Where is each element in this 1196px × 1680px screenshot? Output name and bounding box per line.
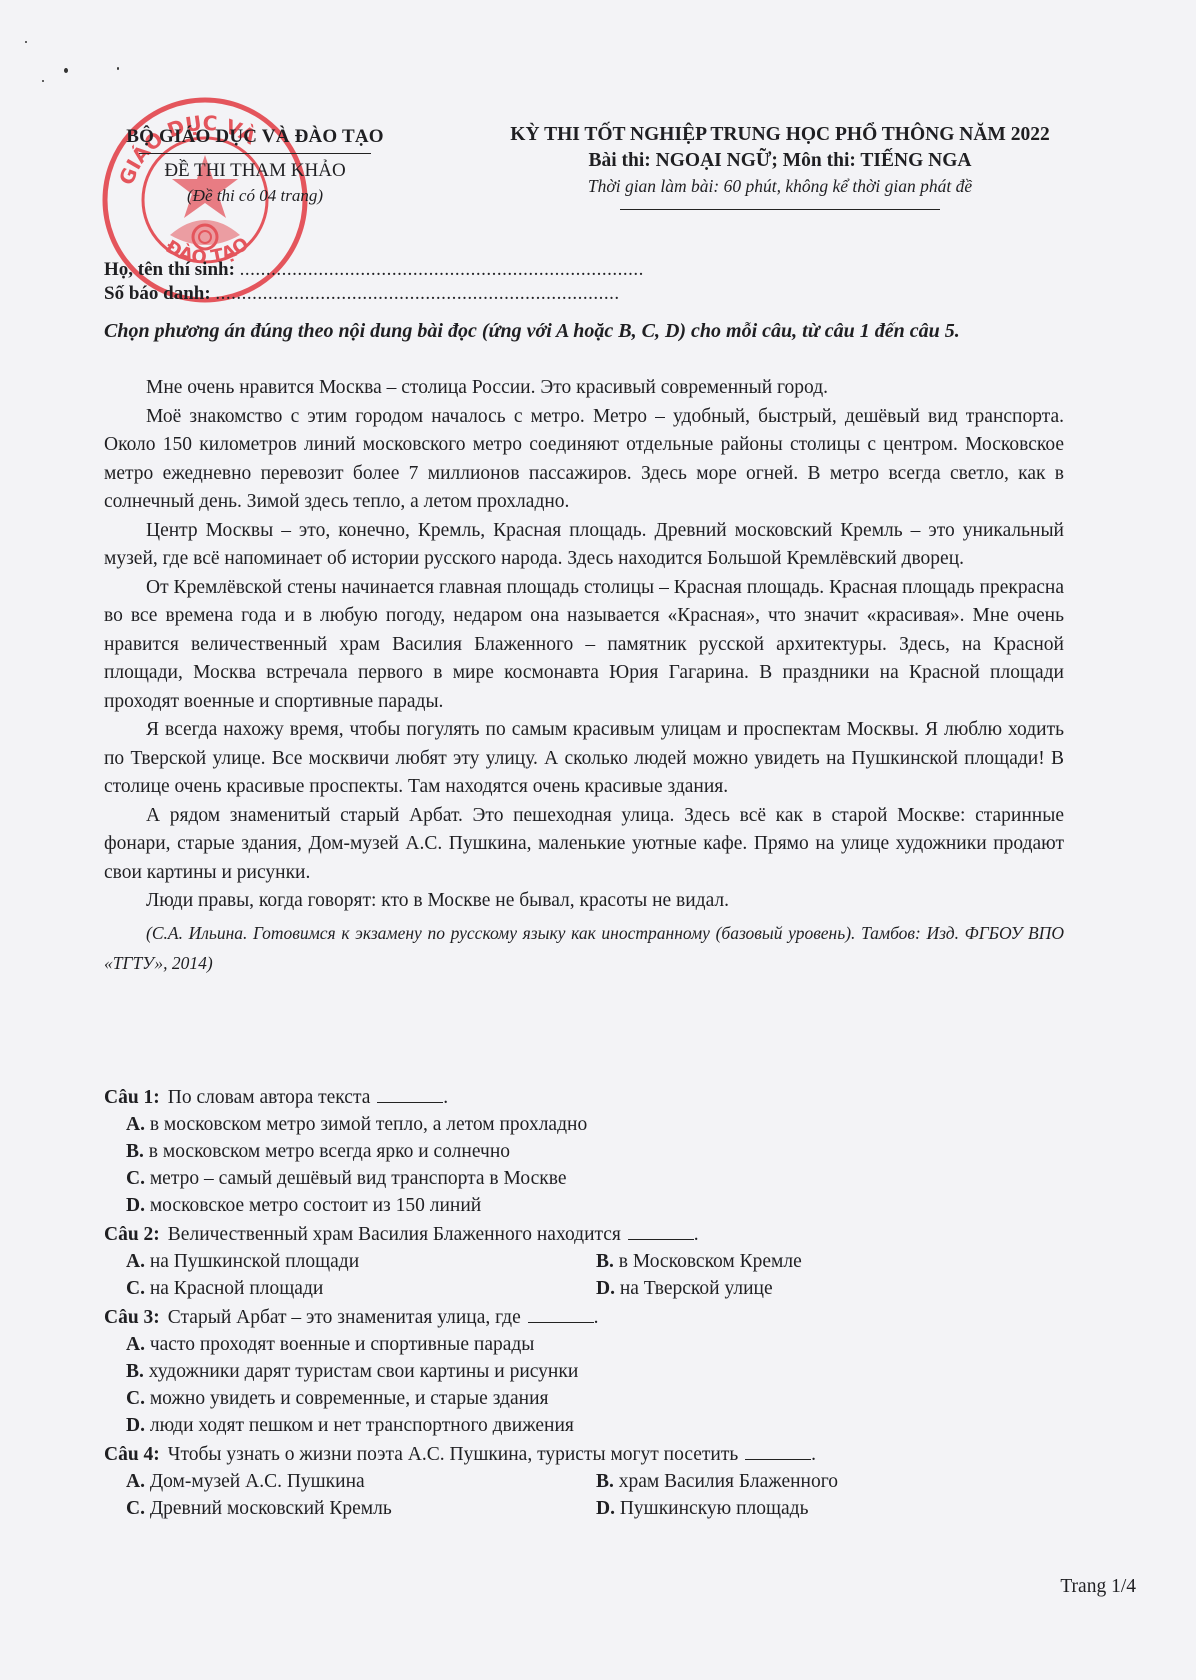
option-letter: C. <box>126 1388 145 1409</box>
option-letter: B. <box>596 1471 614 1492</box>
question-label: Câu 1: <box>104 1087 160 1108</box>
candidate-id-dots: ........................................… <box>215 283 619 304</box>
exam-title: KỲ THI TỐT NGHIỆP TRUNG HỌC PHỔ THÔNG NĂ… <box>440 124 1120 146</box>
answer-blank <box>377 1084 443 1103</box>
option-letter: B. <box>126 1141 144 1162</box>
option-a[interactable]: A. на Пушкинской площади <box>126 1248 596 1275</box>
option-text: на Красной площади <box>145 1278 323 1299</box>
option-letter: D. <box>596 1498 615 1519</box>
question-stem: Чтобы узнать о жизни поэта А.С. Пушкина,… <box>168 1444 738 1465</box>
option-a[interactable]: A. в московском метро зимой тепло, а лет… <box>126 1111 1084 1138</box>
header-left-rule <box>139 153 371 154</box>
candidate-info: Họ, tên thí sinh: ......................… <box>104 258 644 306</box>
question-label: Câu 3: <box>104 1307 160 1328</box>
option-a[interactable]: A. Дом-музей А.С. Пушкина <box>126 1468 596 1495</box>
instructions: Chọn phương án đúng theo nội dung bài đọ… <box>104 318 1064 345</box>
exam-type: ĐỀ THI THAM KHẢO <box>100 160 410 182</box>
option-text: московское метро состоит из 150 линий <box>145 1195 481 1216</box>
answer-blank <box>628 1221 694 1240</box>
option-letter: C. <box>126 1168 145 1189</box>
passage-paragraph: Центр Москвы – это, конечно, Кремль, Кра… <box>104 517 1064 574</box>
option-a[interactable]: A. часто проходят военные и спортивные п… <box>126 1331 1084 1358</box>
passage-paragraph: А рядом знаменитый старый Арбат. Это пеш… <box>104 802 1064 888</box>
header-right: KỲ THI TỐT NGHIỆP TRUNG HỌC PHỔ THÔNG NĂ… <box>440 124 1120 210</box>
header-left: BỘ GIÁO DỤC VÀ ĐÀO TẠO ĐỀ THI THAM KHẢO … <box>100 126 410 206</box>
option-d[interactable]: D. московское метро состоит из 150 линий <box>126 1192 1084 1219</box>
page-number: Trang 1/4 <box>1060 1576 1136 1598</box>
options: A. в московском метро зимой тепло, а лет… <box>104 1111 1084 1219</box>
option-letter: D. <box>596 1278 615 1299</box>
option-d[interactable]: D. Пушкинскую площадь <box>596 1495 1066 1522</box>
options: A. Дом-музей А.С. Пушкина B. храм Васили… <box>104 1468 1084 1522</box>
option-text: можно увидеть и современные, и старые зд… <box>145 1388 549 1409</box>
question-4: Câu 4:Чтобы узнать о жизни поэта А.С. Пу… <box>104 1441 1084 1522</box>
answer-blank <box>745 1441 811 1460</box>
candidate-name-field: Họ, tên thí sinh: ......................… <box>104 258 644 282</box>
scan-speck <box>25 41 27 43</box>
reading-passage: Мне очень нравится Москва – столица Росс… <box>104 374 1064 978</box>
option-d[interactable]: D. на Тверской улице <box>596 1275 1066 1302</box>
option-text: Древний московский Кремль <box>145 1498 392 1519</box>
option-text: храм Василия Блаженного <box>614 1471 838 1492</box>
option-b[interactable]: B. в московском метро всегда ярко и солн… <box>126 1138 1084 1165</box>
exam-page: GIÁO DỤC VÀ ĐÀO TẠO BỘ GIÁO DỤC VÀ ĐÀO T… <box>0 0 1196 1680</box>
option-letter: B. <box>596 1251 614 1272</box>
candidate-id-field: Số báo danh: ...........................… <box>104 282 644 306</box>
option-c[interactable]: C. Древний московский Кремль <box>126 1495 596 1522</box>
question-1: Câu 1:По словам автора текста . A. в мос… <box>104 1084 1084 1219</box>
option-b[interactable]: B. храм Василия Блаженного <box>596 1468 1066 1495</box>
passage-paragraph: Я всегда нахожу время, чтобы погулять по… <box>104 716 1064 802</box>
passage-paragraph: Люди правы, когда говорят: кто в Москве … <box>104 887 1064 916</box>
option-text: метро – самый дешёвый вид транспорта в М… <box>145 1168 567 1189</box>
option-text: на Пушкинской площади <box>145 1251 359 1272</box>
question-label: Câu 2: <box>104 1224 160 1245</box>
option-text: в московском метро зимой тепло, а летом … <box>145 1114 587 1135</box>
scan-speck <box>42 80 44 82</box>
candidate-name-dots: ........................................… <box>240 259 644 280</box>
time-line: Thời gian làm bài: 60 phút, không kể thờ… <box>440 176 1120 197</box>
passage-paragraph: От Кремлёвской стены начинается главная … <box>104 574 1064 717</box>
candidate-id-label: Số báo danh: <box>104 283 211 304</box>
scan-speck <box>117 67 119 70</box>
option-text: в московском метро всегда ярко и солнечн… <box>144 1141 510 1162</box>
option-c[interactable]: C. можно увидеть и современные, и старые… <box>126 1385 1084 1412</box>
scan-speck <box>64 68 68 73</box>
question-stem: По словам автора текста <box>168 1087 371 1108</box>
options: A. часто проходят военные и спортивные п… <box>104 1331 1084 1439</box>
candidate-name-label: Họ, tên thí sinh: <box>104 259 235 280</box>
option-text: люди ходят пешком и нет транспортного дв… <box>145 1415 574 1436</box>
option-letter: B. <box>126 1361 144 1382</box>
option-b[interactable]: B. в Московском Кремле <box>596 1248 1066 1275</box>
questions: Câu 1:По словам автора текста . A. в мос… <box>104 1084 1084 1524</box>
question-stem: Величественный храм Василия Блаженного н… <box>168 1224 621 1245</box>
option-letter: A. <box>126 1334 145 1355</box>
page-count-note: (Đề thi có 04 trang) <box>100 186 410 206</box>
question-label: Câu 4: <box>104 1444 160 1465</box>
options: A. на Пушкинской площади B. в Московском… <box>104 1248 1084 1302</box>
option-letter: C. <box>126 1278 145 1299</box>
option-b[interactable]: B. художники дарят туристам свои картины… <box>126 1358 1084 1385</box>
question-2: Câu 2:Величественный храм Василия Блажен… <box>104 1221 1084 1302</box>
passage-paragraph: Мне очень нравится Москва – столица Росс… <box>104 374 1064 403</box>
option-letter: C. <box>126 1498 145 1519</box>
option-letter: D. <box>126 1415 145 1436</box>
option-text: Пушкинскую площадь <box>615 1498 809 1519</box>
option-text: Дом-музей А.С. Пушкина <box>145 1471 365 1492</box>
option-c[interactable]: C. метро – самый дешёвый вид транспорта … <box>126 1165 1084 1192</box>
option-d[interactable]: D. люди ходят пешком и нет транспортного… <box>126 1412 1084 1439</box>
ministry-name: BỘ GIÁO DỤC VÀ ĐÀO TẠO <box>100 126 410 148</box>
option-c[interactable]: C. на Красной площади <box>126 1275 596 1302</box>
header-right-rule <box>620 209 940 210</box>
option-letter: D. <box>126 1195 145 1216</box>
passage-source: (С.А. Ильина. Готовимся к экзамену по ру… <box>104 918 1064 978</box>
passage-paragraph: Моё знакомство с этим городом началось с… <box>104 403 1064 517</box>
option-text: на Тверской улице <box>615 1278 773 1299</box>
option-text: художники дарят туристам свои картины и … <box>144 1361 578 1382</box>
option-text: в Московском Кремле <box>614 1251 802 1272</box>
answer-blank <box>528 1304 594 1323</box>
question-3: Câu 3:Старый Арбат – это знаменитая улиц… <box>104 1304 1084 1439</box>
option-text: часто проходят военные и спортивные пара… <box>145 1334 534 1355</box>
subject-line: Bài thi: NGOẠI NGỮ; Môn thi: TIẾNG NGA <box>440 150 1120 172</box>
option-letter: A. <box>126 1471 145 1492</box>
option-letter: A. <box>126 1114 145 1135</box>
question-stem: Старый Арбат – это знаменитая улица, где <box>168 1307 521 1328</box>
option-letter: A. <box>126 1251 145 1272</box>
